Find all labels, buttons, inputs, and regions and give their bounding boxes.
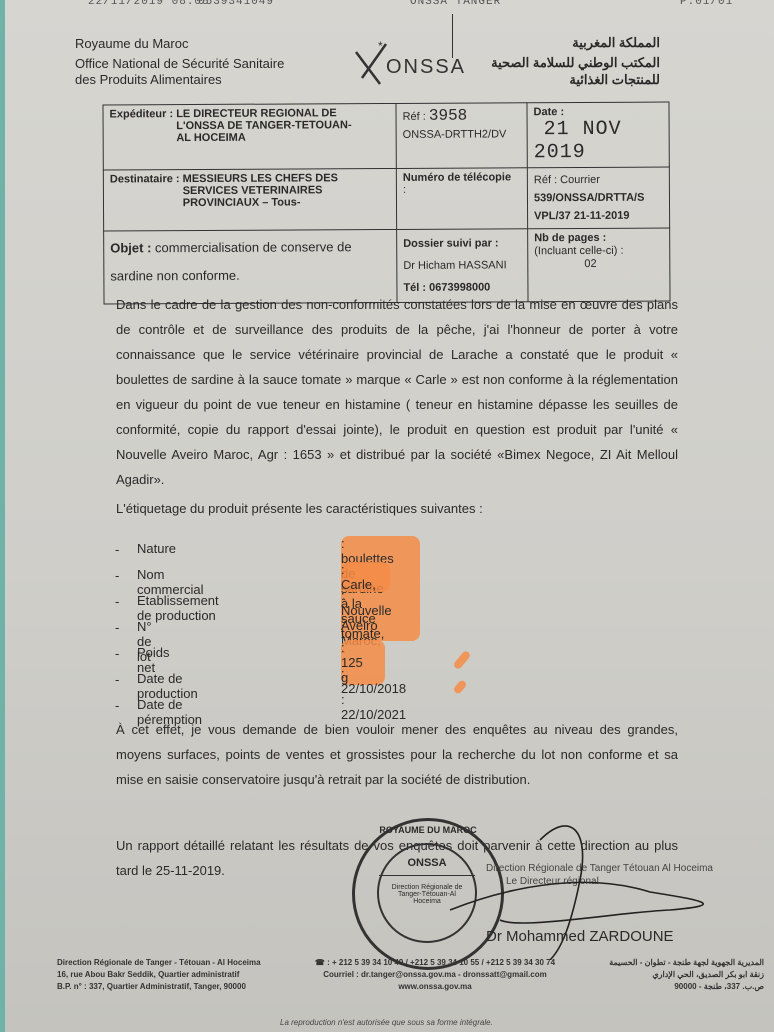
disclaimer: La reproduction n'est autorisée que sous… (280, 1018, 493, 1027)
logo-text: ONSSA (386, 56, 466, 79)
fax-sender: ONSSA TANGER (410, 0, 501, 8)
footer-contact: ☎ : + 212 5 39 34 10 49 / +212 5 39 34 1… (290, 957, 580, 993)
footer-phone: ☎ : + 212 5 39 34 10 49 / +212 5 39 34 1… (290, 957, 580, 969)
footer-line: زنقة ابو بكر الصديق، الحي الإداري (609, 969, 764, 981)
header-left: Royaume du Maroc Office National de Sécu… (75, 36, 284, 88)
footer-address-fr: Direction Régionale de Tanger - Tétouan … (57, 957, 261, 993)
handwritten-signature (440, 820, 740, 960)
ref-courrier-cell: Réf : Courrier 539/ONSSA/DRTTA/S VPL/37 … (527, 167, 669, 229)
paragraph-3: À cet effet, je vous demande de bien vou… (116, 717, 678, 792)
recipient-cell: Destinataire : MESSIEURS LES CHEFS DES S… (103, 168, 396, 231)
footer-line: B.P. n° : 337, Quartier Administratif, T… (57, 981, 261, 993)
fax-mark-line (452, 14, 453, 58)
fax-number-cell: Numéro de télécopie: (396, 168, 527, 230)
highlight-check-mark (453, 650, 472, 670)
footer-line: 16, rue Abou Bakr Seddik, Quartier admin… (57, 969, 261, 981)
header-right: المملكة المغربية المكتب الوطني للسلامة ا… (491, 34, 660, 88)
office-label-ar: المكتب الوطني للسلامة الصحية (491, 54, 660, 71)
date-cell: Date : 21 NOV 2019 (527, 102, 669, 168)
onssa-logo: * ONSSA (352, 38, 502, 88)
footer-line: Direction Régionale de Tanger - Tétouan … (57, 957, 261, 969)
fax-number: 0539341049 (198, 0, 274, 8)
office-label-2: des Produits Alimentaires (75, 72, 284, 88)
paragraph-2: L'étiquetage du produit présente les car… (116, 496, 678, 521)
footer-address-ar: المديرية الجهوية لجهة طنجة - تطوان - الح… (609, 957, 764, 993)
date-stamp: 21 NOV 2019 (534, 118, 622, 164)
pages-cell: Nb de pages : (Incluant celle-ci) : 02 (528, 228, 670, 302)
footer-line: المديرية الجهوية لجهة طنجة - تطوان - الح… (609, 957, 764, 969)
fax-date: 22/11/2019 08:08 (88, 0, 210, 8)
teal-edge (0, 0, 5, 1032)
footer-line: ص.ب. 337، طنجة - 90000 (609, 981, 764, 993)
ref-cell: Réf : 3958 ONSSA-DRTTH2/DV (396, 103, 527, 169)
kingdom-label-ar: المملكة المغربية (491, 34, 660, 51)
paragraph-1: Dans le cadre de la gestion des non-conf… (116, 292, 678, 492)
office-label: Office National de Sécurité Sanitaire (75, 56, 284, 72)
footer-email: Courriel : dr.tanger@onssa.gov.ma - dron… (290, 969, 580, 981)
office-label-ar-2: للمنتجات الغذائية (491, 71, 660, 88)
highlight-check-mark (452, 679, 467, 695)
sender-cell: Expéditeur : LE DIRECTEUR REGIONAL DE L'… (103, 103, 396, 170)
kingdom-label: Royaume du Maroc (75, 36, 284, 52)
fax-page: P.01/01 (680, 0, 733, 8)
ref-number: 3958 (429, 107, 467, 125)
info-table: Expéditeur : LE DIRECTEUR REGIONAL DE L'… (102, 102, 670, 305)
svg-text:*: * (378, 39, 383, 53)
footer-website: www.onssa.gov.ma (290, 981, 580, 993)
